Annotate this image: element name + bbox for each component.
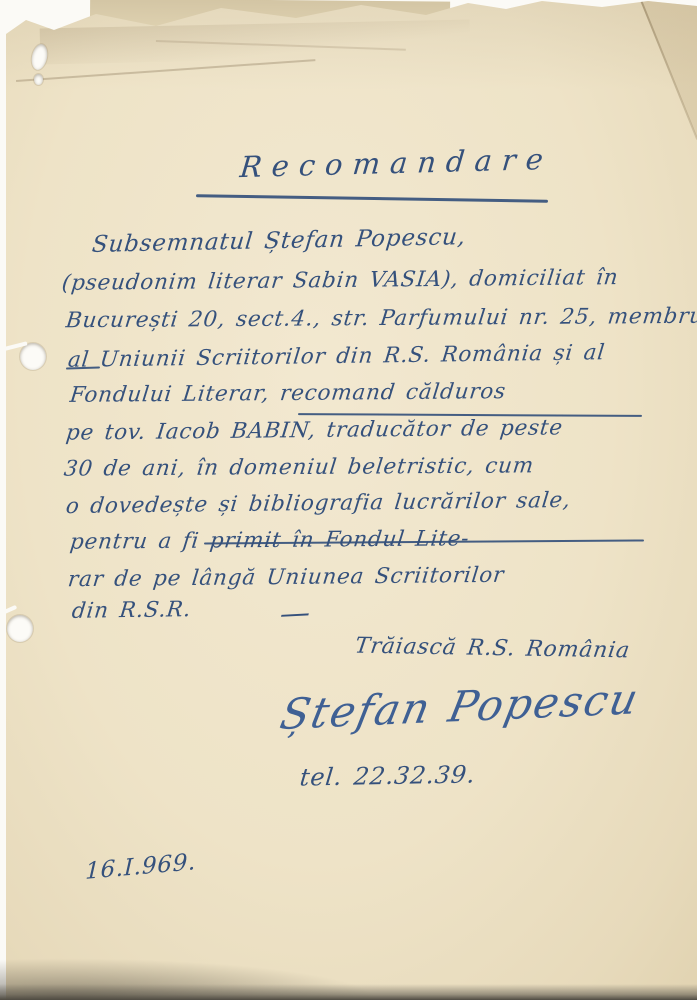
title-underline-stroke — [196, 194, 548, 202]
em-dash: — — [279, 595, 312, 632]
handwritten-line-7: 30 de ani, în domeniul beletristic, cum — [63, 453, 536, 481]
paper-tear — [0, 605, 17, 616]
scanned-document: Recomandare Subsemnatul Ștefan Popescu, … — [0, 0, 697, 1000]
tear-hole — [34, 74, 43, 85]
handwritten-line-1: Subsemnatul Ștefan Popescu, — [91, 224, 467, 258]
punch-hole-top — [20, 343, 46, 370]
ink-speck — [505, 0, 514, 7]
handwritten-line-4: al Uniunii Scriitorilor din R.S. România… — [67, 340, 607, 373]
letter-title: Recomandare — [238, 142, 554, 184]
letter-page: Recomandare Subsemnatul Ștefan Popescu, … — [6, 0, 697, 1000]
handwritten-line-2: (pseudonim literar Sabin VASIA), domicil… — [61, 265, 620, 296]
punch-hole-bottom — [7, 615, 33, 642]
handwritten-line-5: Fondului Literar, recomand călduros — [69, 379, 508, 408]
top-crease-shadow — [40, 20, 471, 65]
handwritten-line-8: o dovedește și bibliografia lucrărilor s… — [65, 488, 572, 519]
handwritten-line-6: pe tov. Iacob BABIN, traducător de peste — [65, 415, 565, 445]
phone-number: tel. 22.32.39. — [299, 760, 477, 791]
handwritten-line-10: rar de pe lângă Uniunea Scriitorilor — [67, 563, 506, 593]
handwritten-line-11: din R.S.R. — [71, 597, 193, 624]
bottom-edge-shadow — [0, 984, 697, 1000]
handwritten-line-3: București 20, sect.4., str. Parfumului n… — [65, 304, 697, 333]
closing-line: Trăiască R.S. România — [353, 634, 631, 664]
signature: Ștefan Popescu — [276, 674, 644, 739]
date: 16.I.969. — [85, 849, 197, 885]
